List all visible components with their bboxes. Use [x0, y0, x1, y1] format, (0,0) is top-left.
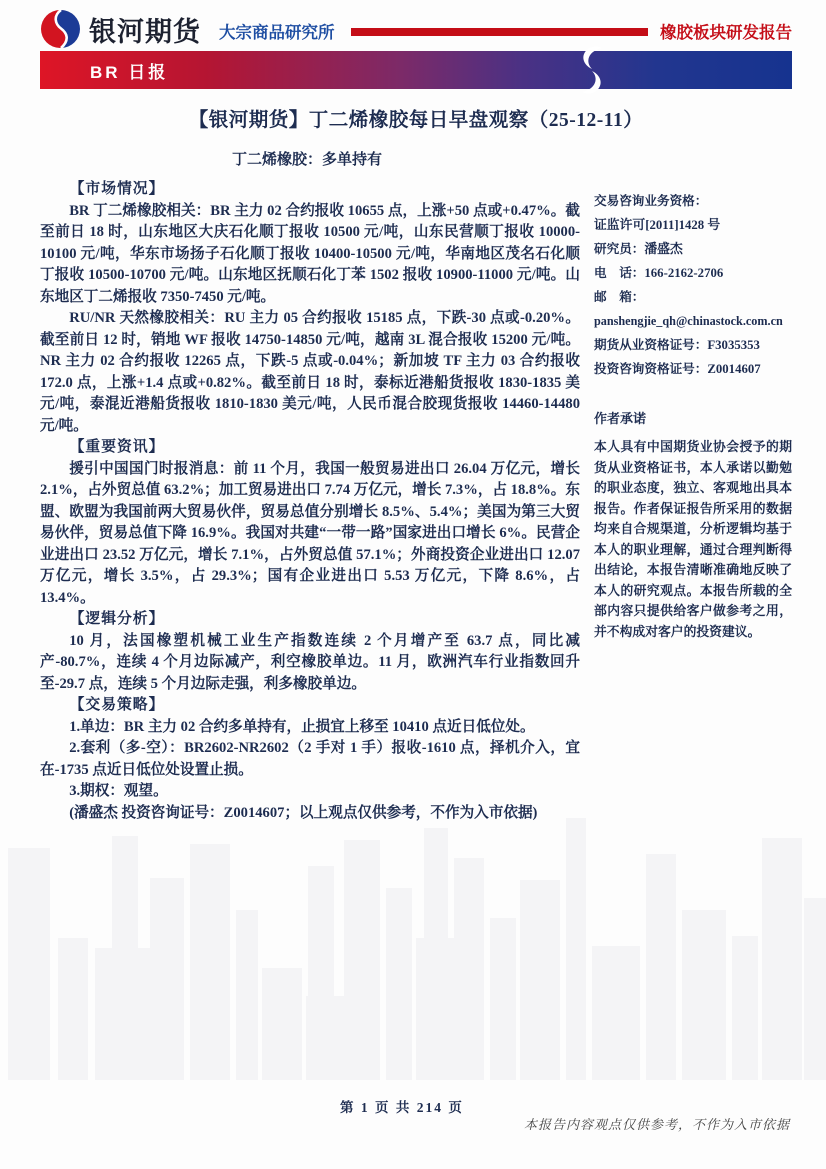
skyline-watermark — [0, 818, 826, 1080]
advisory-cert-number: Z0014607 — [707, 362, 760, 376]
section-heading: 【重要资讯】 — [40, 437, 580, 459]
advisory-cert-label: 投资咨询资格证号： — [594, 362, 707, 376]
report-section: 【市场情况】 BR 丁二烯橡胶相关：BR 主力 02 合约报收 10655 点，… — [40, 179, 580, 437]
futures-cert-number: F3035353 — [707, 338, 760, 352]
section-paragraphs: 10 月，法国橡塑机械工业生产指数连续 2 个月增产至 63.7 点，同比减产-… — [40, 631, 580, 696]
body-paragraph: 10 月，法国橡塑机械工业生产指数连续 2 个月增产至 63.7 点，同比减产-… — [40, 631, 580, 696]
body-paragraph: BR 丁二烯橡胶相关：BR 主力 02 合约报收 10655 点，上涨+50 点… — [40, 201, 580, 309]
report-page: 银河期货 大宗商品研究所 橡胶板块研发报告 BR 日报 — [0, 0, 826, 1169]
body-paragraph: 2.套利（多-空）：BR2602-NR2602（2 手对 1 手）报收-1610… — [40, 738, 580, 781]
galaxy-futures-logo-icon — [40, 9, 80, 49]
footer-disclaimer: 本报告内容观点仅供参考，不作为入市依据 — [524, 1114, 790, 1133]
email-address: panshengjie_qh@chinastock.com.cn — [594, 314, 783, 328]
report-section: 【逻辑分析】 10 月，法国橡塑机械工业生产指数连续 2 个月增产至 63.7 … — [40, 609, 580, 695]
institute-name: 大宗商品研究所 — [219, 19, 335, 43]
sidebar: 交易咨询业务资格： 证监许可[2011]1428 号 研究员：潘盛杰 电 话：1… — [594, 179, 792, 824]
report-section: 【重要资讯】 援引中国国门时报消息：前 11 个月，我国一般贸易进出口 26.0… — [40, 437, 580, 609]
body-paragraph: 1.单边：BR 主力 02 合约多单持有，止损宜上移至 10410 点近日低位处… — [40, 717, 580, 739]
author-commitment-body: 本人具有中国期货业协会授予的期货从业资格证书，本人承诺以勤勉的职业态度，独立、客… — [594, 437, 792, 642]
header-divider-bar — [351, 28, 649, 36]
section-paragraphs: BR 丁二烯橡胶相关：BR 主力 02 合约报收 10655 点，上涨+50 点… — [40, 201, 580, 438]
section-heading: 【市场情况】 — [40, 179, 580, 201]
email-label: 邮 箱： — [594, 290, 644, 304]
top-header: 银河期货 大宗商品研究所 橡胶板块研发报告 — [40, 8, 792, 50]
section-paragraphs: 援引中国国门时报消息：前 11 个月，我国一般贸易进出口 26.04 万亿元，增… — [40, 459, 580, 610]
content-area: 【银河期货】丁二烯橡胶每日早盘观察（25-12-11） 丁二烯橡胶：多单持有 【… — [40, 96, 792, 824]
author-commitment-title: 作者承诺 — [594, 408, 792, 427]
phone-number: 166-2162-2706 — [644, 266, 723, 280]
page-title: 【银河期货】丁二烯橡胶每日早盘观察（25-12-11） — [40, 104, 792, 132]
section-heading: 【交易策略】 — [40, 695, 580, 717]
qualification-label: 交易咨询业务资格： — [594, 194, 707, 208]
section-paragraphs: 1.单边：BR 主力 02 合约多单持有，止损宜上移至 10410 点近日低位处… — [40, 717, 580, 825]
body-paragraph: RU/NR 天然橡胶相关：RU 主力 05 合约报收 15185 点，下跌-30… — [40, 308, 580, 437]
report-type-label: 橡胶板块研发报告 — [660, 19, 792, 43]
body-paragraph: (潘盛杰 投资咨询证号：Z0014607；以上观点仅供参考，不作为入市依据) — [40, 803, 580, 825]
phone-label: 电 话： — [594, 266, 644, 280]
body-paragraph: 3.期权：观望。 — [40, 781, 580, 803]
sections: 【市场情况】 BR 丁二烯橡胶相关：BR 主力 02 合约报收 10655 点，… — [40, 179, 580, 824]
brand-name: 银河期货 — [89, 10, 201, 49]
page-number: 第 1 页 共 214 页 — [340, 1096, 464, 1116]
futures-cert-label: 期货从业资格证号： — [594, 338, 707, 352]
researcher-name: 潘盛杰 — [644, 242, 682, 256]
qualification-value: 证监许可[2011]1428 号 — [594, 218, 720, 232]
report-section: 【交易策略】 1.单边：BR 主力 02 合约多单持有，止损宜上移至 10410… — [40, 695, 580, 824]
researcher-label: 研究员： — [594, 242, 644, 256]
section-heading: 【逻辑分析】 — [40, 609, 580, 631]
body-paragraph: 援引中国国门时报消息：前 11 个月，我国一般贸易进出口 26.04 万亿元，增… — [40, 459, 580, 610]
report-banner: BR 日报 — [40, 51, 792, 89]
banner-title: BR 日报 — [90, 58, 168, 83]
page-subtitle: 丁二烯橡胶：多单持有 — [232, 148, 792, 169]
galaxy-swirl-icon — [574, 46, 610, 94]
